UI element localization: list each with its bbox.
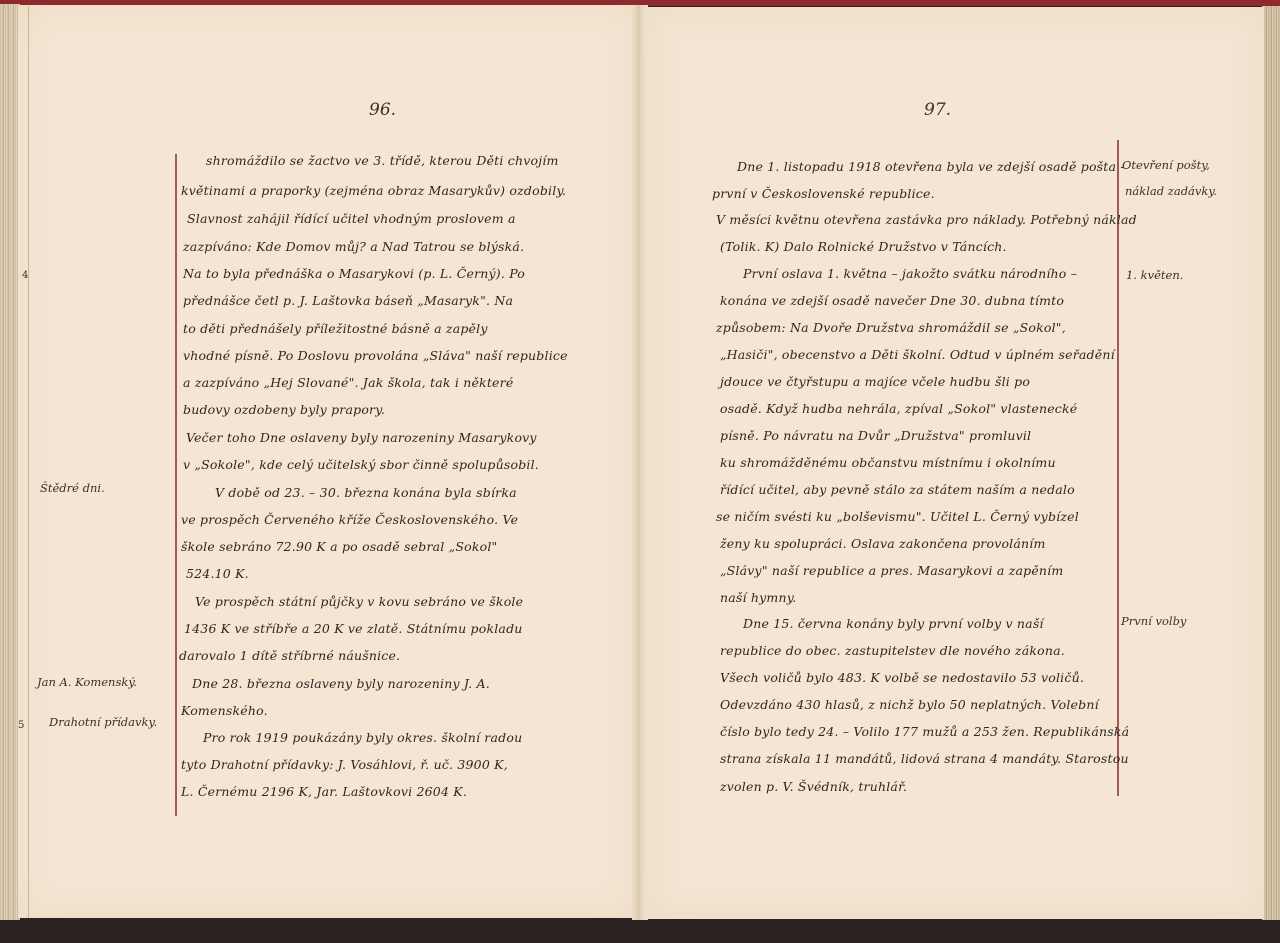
- text-line: Ve prospěch státní půjčky v kovu sebráno…: [195, 594, 523, 609]
- text-line: písně. Po návratu na Dvůr „Družstva" pro…: [720, 428, 1031, 443]
- text-line: Dne 28. března oslaveny byly narozeniny …: [192, 676, 490, 691]
- margin-note: Drahotní přídavky.: [49, 715, 157, 729]
- margin-note: náklad zadávky.: [1125, 184, 1217, 198]
- margin-note: Ŝtědré dni.: [40, 481, 105, 495]
- text-line: budovy ozdobeny byly prapory.: [183, 402, 385, 417]
- text-line: přednášce četl p. J. Laštovka báseň „Mas…: [183, 293, 513, 308]
- page-number-right: 97.: [924, 100, 951, 120]
- text-line: Všech voličů bylo 483. K volbě se nedost…: [720, 670, 1084, 685]
- margin-note: Otevření pošty,: [1122, 158, 1210, 172]
- text-line: Odevzdáno 430 hlasů, z nichž bylo 50 nep…: [720, 697, 1099, 712]
- text-line: V době od 23. – 30. března konána byla s…: [215, 485, 517, 500]
- margin-mark: 5: [18, 720, 24, 731]
- left-page-stack-edge: [0, 4, 20, 920]
- text-line: Komenského.: [181, 703, 268, 718]
- text-line: zvolen p. V. Švédník, truhlář.: [720, 779, 907, 794]
- text-line: způsobem: Na Dvoře Družstva shromáždil s…: [716, 320, 1066, 335]
- text-line: V měsíci květnu otevřena zastávka pro ná…: [716, 212, 1137, 227]
- text-line: ženy ku spolupráci. Oslava zakončena pro…: [720, 536, 1046, 551]
- text-line: škole sebráno 72.90 K a po osadě sebral …: [181, 539, 497, 554]
- left-margin-rule: [175, 154, 177, 816]
- text-line: a zazpíváno „Hej Slované". Jak škola, ta…: [183, 375, 513, 390]
- right-page-stack-edge: [1262, 6, 1280, 920]
- right-margin-rule: [1117, 140, 1119, 796]
- text-line: jdouce ve čtyřstupu a majíce včele hudbu…: [720, 374, 1030, 389]
- text-line: Pro rok 1919 poukázány byly okres. školn…: [203, 730, 522, 745]
- text-line: shromáždilo se žactvo ve 3. třídě, ktero…: [206, 153, 559, 168]
- text-line: ve prospěch Červeného kříže Českoslovens…: [181, 512, 518, 527]
- text-line: květinami a praporky (zejména obraz Masa…: [181, 183, 566, 198]
- margin-note: První volby: [1121, 614, 1186, 628]
- margin-mark: 4: [22, 270, 28, 281]
- text-line: L. Černému 2196 K, Jar. Laštovkovi 2604 …: [181, 784, 467, 799]
- text-line: zazpíváno: Kde Domov můj? a Nad Tatrou s…: [183, 239, 524, 254]
- text-line: republice do obec. zastupitelstev dle no…: [720, 643, 1065, 658]
- margin-note: Jan A. Komenský.: [37, 675, 137, 689]
- text-line: vhodné písně. Po Doslovu provolána „Sláv…: [183, 348, 568, 363]
- text-line: konána ve zdejší osadě navečer Dne 30. d…: [720, 293, 1064, 308]
- text-line: číslo bylo tedy 24. – Volilo 177 mužů a …: [720, 724, 1129, 739]
- text-line: se ničím svésti ku „bolševismu". Učitel …: [716, 509, 1079, 524]
- text-line: tyto Drahotní přídavky: J. Vosáhlovi, ř.…: [181, 757, 508, 772]
- text-line: Večer toho Dne oslaveny byly narozeniny …: [186, 430, 537, 445]
- text-line: řídící učitel, aby pevně stálo za státem…: [720, 482, 1075, 497]
- text-line: 524.10 K.: [186, 566, 249, 581]
- text-line: Dne 1. listopadu 1918 otevřena byla ve z…: [737, 159, 1125, 174]
- text-line: darovalo 1 dítě stříbrné náušnice.: [179, 648, 400, 663]
- text-line: strana získala 11 mandátů, lidová strana…: [720, 751, 1129, 766]
- text-line: Slavnost zahájil řídící učitel vhodným p…: [187, 211, 516, 226]
- page-number-left: 96.: [369, 100, 396, 120]
- text-line: Na to byla přednáška o Masarykovi (p. L.…: [183, 266, 525, 281]
- text-line: „Hasiči", obecenstvo a Děti školní. Odtu…: [720, 347, 1115, 362]
- left-page-edge-line: [28, 6, 29, 918]
- open-ledger-book: 96. 4 5 Ŝtědré dni. Jan A. Komenský. Dra…: [0, 0, 1280, 943]
- text-line: naší hymny.: [720, 590, 796, 605]
- text-line: to děti přednášely příležitostné básně a…: [183, 321, 488, 336]
- text-line: Dne 15. června konány byly první volby v…: [743, 616, 1044, 631]
- text-line: osadě. Když hudba nehrála, zpíval „Sokol…: [720, 401, 1077, 416]
- text-line: 1436 K ve stříbře a 20 K ve zlatě. Státn…: [184, 621, 523, 636]
- text-line: ku shromážděnému občanstvu místnímu i ok…: [720, 455, 1056, 470]
- book-gutter: [632, 5, 648, 920]
- text-line: v „Sokole", kde celý učitelský sbor činn…: [183, 457, 539, 472]
- background-surface: [0, 918, 1280, 943]
- text-line: První oslava 1. května – jakožto svátku …: [743, 266, 1077, 281]
- text-line: (Tolik. K) Dalo Rolnické Družstvo v Tánc…: [720, 239, 1007, 254]
- margin-note: 1. květen.: [1126, 268, 1183, 282]
- text-line: první v Československé republice.: [712, 186, 935, 201]
- text-line: „Slávy" naší republice a pres. Masarykov…: [720, 563, 1063, 578]
